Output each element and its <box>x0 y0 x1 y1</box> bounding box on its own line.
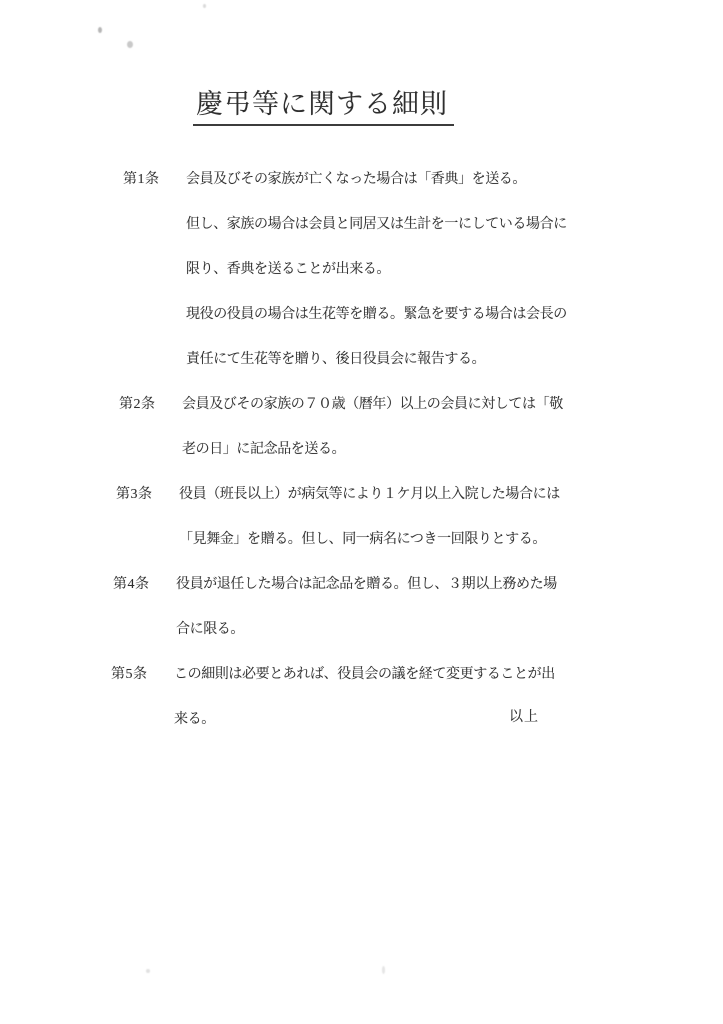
article-line: 合に限る。 <box>176 618 244 638</box>
article-1: 第1条 会員及びその家族が亡くなった場合は「香典」を送る。 但し、家族の場合は会… <box>0 155 723 380</box>
article-number: 第2条 <box>119 393 182 413</box>
article-4: 第4条 役員が退任した場合は記念品を贈る。但し、３期以上務めた場 合に限る。 <box>0 560 713 650</box>
article-line: 来る。 <box>174 708 215 728</box>
article-3: 第3条 役員（班長以上）が病気等により１ケ月以上入院した場合には 「見舞金」を贈… <box>0 470 716 560</box>
scan-speck <box>382 966 385 974</box>
article-row: 現役の役員の場合は生花等を贈る。緊急を要する場合は会長の <box>0 290 723 335</box>
article-row: 第1条 会員及びその家族が亡くなった場合は「香典」を送る。 <box>0 155 723 200</box>
article-5: 第5条 この細則は必要とあれば、役員会の議を経て変更することが出 来る。 <box>0 650 711 740</box>
article-line: この細則は必要とあれば、役員会の議を経て変更することが出 <box>174 663 555 683</box>
article-2: 第2条 会員及びその家族の７０歳（暦年）以上の会員に対しては「敬 老の日」に記念… <box>0 380 719 470</box>
articles-section: 第1条 会員及びその家族が亡くなった場合は「香典」を送る。 但し、家族の場合は会… <box>0 155 723 740</box>
article-line: 会員及びその家族が亡くなった場合は「香典」を送る。 <box>186 168 526 188</box>
closing-label: 以上 <box>509 706 539 726</box>
article-row: 第2条 会員及びその家族の７０歳（暦年）以上の会員に対しては「敬 <box>0 380 719 425</box>
article-line: 老の日」に記念品を送る。 <box>182 438 345 458</box>
page-title: 慶弔等に関する細則 <box>193 82 454 126</box>
scan-speck <box>98 27 102 33</box>
article-line: 役員（班長以上）が病気等により１ケ月以上入院した場合には <box>179 483 560 503</box>
article-row: 来る。 <box>0 695 711 740</box>
article-line: 但し、家族の場合は会員と同居又は生計を一にしている場合に <box>186 213 567 233</box>
scan-speck <box>203 4 206 8</box>
article-number: 第4条 <box>113 573 176 593</box>
article-line: 役員が退任した場合は記念品を贈る。但し、３期以上務めた場 <box>176 573 557 593</box>
article-row: 第5条 この細則は必要とあれば、役員会の議を経て変更することが出 <box>0 650 711 695</box>
article-line: 責任にて生花等を贈り、後日役員会に報告する。 <box>186 348 485 368</box>
article-line: 現役の役員の場合は生花等を贈る。緊急を要する場合は会長の <box>186 303 567 323</box>
article-row: 老の日」に記念品を送る。 <box>0 425 719 470</box>
article-row: 責任にて生花等を贈り、後日役員会に報告する。 <box>0 335 723 380</box>
article-line: 限り、香典を送ることが出来る。 <box>186 258 390 278</box>
article-row: 第3条 役員（班長以上）が病気等により１ケ月以上入院した場合には <box>0 470 716 515</box>
article-line: 会員及びその家族の７０歳（暦年）以上の会員に対しては「敬 <box>182 393 563 413</box>
scan-speck <box>146 969 150 973</box>
scan-speck <box>127 41 133 48</box>
page-title-text: 慶弔等に関する細則 <box>196 89 448 119</box>
article-row: 但し、家族の場合は会員と同居又は生計を一にしている場合に <box>0 200 723 245</box>
article-number: 第3条 <box>116 483 179 503</box>
article-number: 第5条 <box>111 663 174 683</box>
article-row: 第4条 役員が退任した場合は記念品を贈る。但し、３期以上務めた場 <box>0 560 713 605</box>
article-row: 合に限る。 <box>0 605 713 650</box>
article-row: 「見舞金」を贈る。但し、同一病名につき一回限りとする。 <box>0 515 716 560</box>
article-number: 第1条 <box>123 168 186 188</box>
article-line: 「見舞金」を贈る。但し、同一病名につき一回限りとする。 <box>179 528 546 548</box>
document-page: 慶弔等に関する細則 第1条 会員及びその家族が亡くなった場合は「香典」を送る。 … <box>0 0 723 1024</box>
article-row: 限り、香典を送ることが出来る。 <box>0 245 723 290</box>
